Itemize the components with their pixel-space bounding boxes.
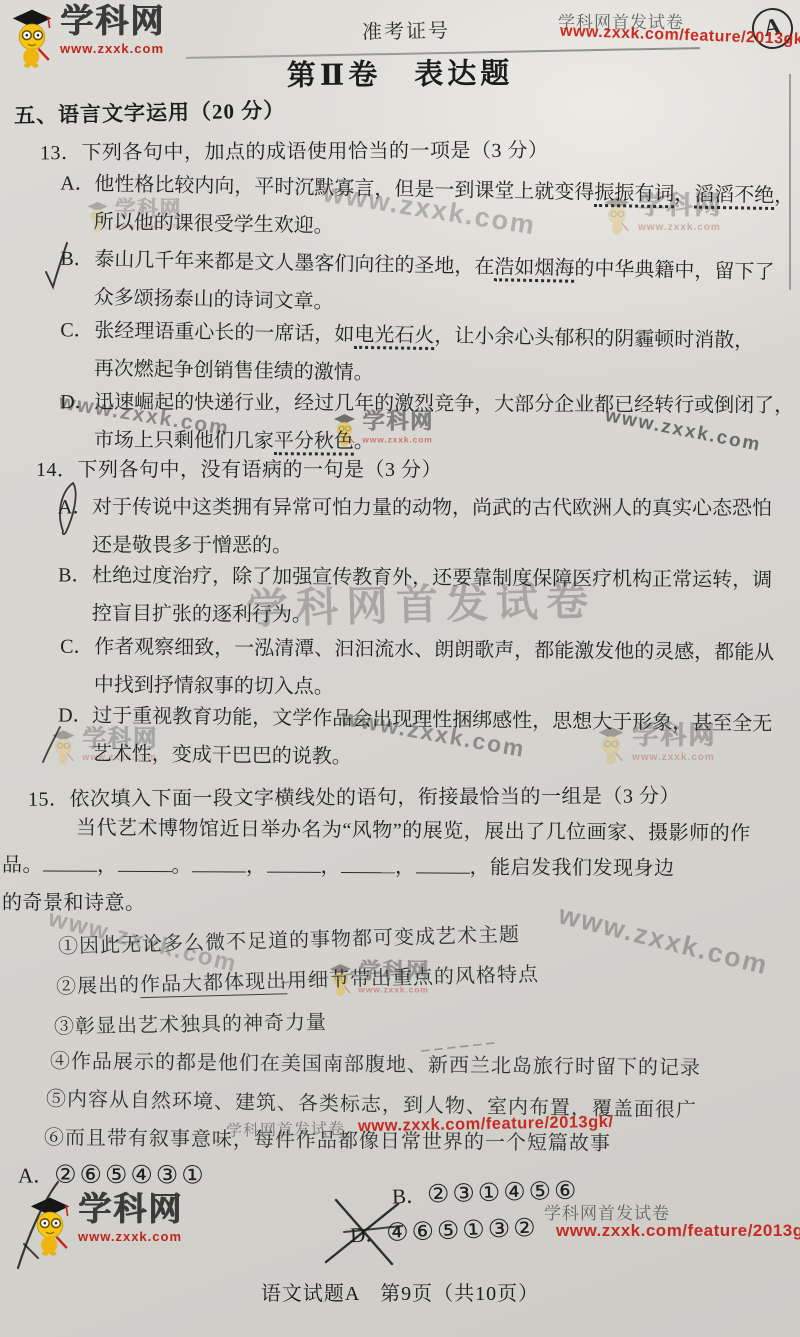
q15-item-3: ③彰显出艺术独具的神奇力量: [54, 1006, 327, 1040]
feature-link[interactable]: www.zxxk.com/feature/2013gk/: [556, 1221, 800, 1241]
q15-paragraph-line-2: 品。，。，，，，能启发我们发现身边: [2, 848, 675, 881]
q14-option-b: B． 杜绝过度治疗，除了加强宣传教育外，还要靠制度保障医疗机构正常运转，调 控盲…: [58, 556, 799, 637]
q15-option-d: D．④⑥⑤①③②: [350, 1213, 540, 1250]
idiom-emphasis: 振振有词: [594, 182, 674, 208]
q15-item-4: ④作品展示的都是他们在美国南部腹地、新西兰北岛旅行时留下的记录: [50, 1045, 701, 1081]
option-label: A．: [58, 488, 93, 526]
logo-site-text: www.zxxk.com: [60, 41, 165, 56]
site-logo: 学科网 www.zxxk.com: [26, 1192, 183, 1261]
q15-option-a: A．②⑥⑤④③①: [18, 1160, 207, 1191]
option-label: D．: [60, 383, 95, 421]
idiom-emphasis: 滔滔不绝: [694, 184, 774, 210]
watermark-slogan: 学科网首发试卷: [226, 1116, 345, 1141]
option-label: B．: [60, 240, 94, 279]
footer-page-number: 语文试题A 第9页（共10页）: [0, 1277, 800, 1306]
idiom-emphasis: 电光石火: [354, 324, 434, 350]
logo-site-text: www.zxxk.com: [78, 1229, 183, 1244]
option-label: C．: [60, 628, 94, 666]
q15-paragraph-line-1: 当代艺术博物馆近日举办名为“风物”的展览，展出了几位画家、摄影师的作: [76, 811, 751, 846]
q14-option-a: A． 对于传说中这类拥有异常可怕力量的动物，尚武的古代欧洲人的真实心态恐怕 还是…: [58, 488, 798, 565]
option-label: D．: [350, 1222, 387, 1247]
option-line: 对于传说中这类拥有异常可怕力量的动物，尚武的古代欧洲人的真实心态恐怕: [92, 488, 798, 527]
option-line: 迅速崛起的快递行业，经过几年的激烈竞争，大部分企业都已经转行或倒闭了，: [94, 383, 800, 425]
q15-stem: 15．依次填入下面一段文字横线处的语句，衔接最恰当的一组是（3 分）: [28, 779, 680, 811]
fill-blank: [192, 855, 246, 872]
fill-blank: [266, 856, 320, 873]
page-edge-line: [789, 74, 791, 290]
fill-blank: [43, 854, 97, 871]
hand-underline: 作品大都体现出: [140, 970, 288, 998]
fill-blank: [341, 856, 395, 873]
option-sequence: ④⑥⑤①③②: [386, 1215, 539, 1247]
fill-blank: [117, 855, 171, 872]
idiom-emphasis: 平分秋色: [274, 430, 354, 455]
option-line: 杜绝过度治疗，除了加强宣传教育外，还要靠制度保障医疗机构正常运转，调: [92, 557, 798, 600]
exam-number-label: 准考证号: [362, 14, 450, 45]
section-heading: 五、语言文字运用（20 分）: [14, 94, 286, 130]
option-label: C．: [60, 311, 94, 350]
watermark-url: www.zxxk.com: [555, 899, 771, 981]
option-label: B．: [392, 1184, 428, 1209]
logo-wordmark: 学科网: [78, 1192, 183, 1226]
option-label: B．: [58, 556, 92, 594]
q14-stem: 14．下列各句中，没有语病的一句是（3 分）: [36, 453, 442, 482]
idiom-emphasis: 浩如烟海: [494, 256, 574, 283]
q13-stem: 13．下列各句中，加点的成语使用恰当的一项是（3 分）: [40, 134, 549, 166]
logo-wordmark: 学科网: [60, 4, 165, 38]
q13-option-d: D． 迅速崛起的快递行业，经过几年的激烈竞争，大部分企业都已经转行或倒闭了， 市…: [60, 383, 800, 463]
fill-blank: [415, 856, 469, 873]
q15-item-2: ②展出的作品大都体现出用细节带出重点的风格特点: [56, 958, 540, 1000]
scanned-exam-page: www.zxxk.com 学科网www.zxxk.com 学科网www.zxxk…: [0, 0, 800, 1337]
option-label: A．: [60, 165, 95, 204]
option-label: D．: [58, 696, 93, 734]
option-label: A．: [18, 1164, 54, 1188]
mascot-icon: [26, 1192, 74, 1261]
option-line: 作者观察细致，一泓清潭、汩汩流水、朗朗歌声，都能激发他的灵感，都能从: [94, 628, 800, 672]
q14-option-d: D． 过于重视教育功能，文学作品会出现理性捆绑感性，思想大于形象，甚至全无 艺术…: [58, 696, 799, 781]
site-logo: 学科网 www.zxxk.com: [8, 4, 165, 73]
q15-paragraph-line-3: 的奇景和诗意。: [2, 886, 146, 915]
mascot-icon: [8, 4, 56, 73]
option-sequence: ②⑥⑤④③①: [54, 1162, 207, 1190]
q13-option-a: A． 他性格比较内向，平时沉默寡言，但是一到课堂上就变得振振有词，滔滔不绝， 所…: [59, 165, 800, 254]
